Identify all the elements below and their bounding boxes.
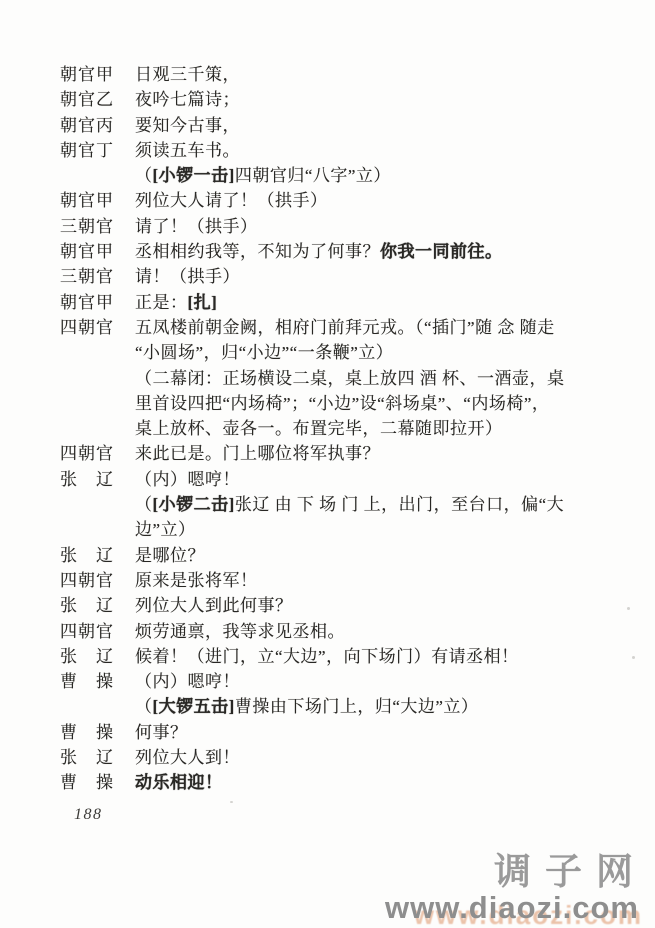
dialogue-text: 何事？ [135, 720, 188, 745]
speaker-label: 朝官乙 [60, 87, 135, 112]
watermark-site-name: 调子网 [385, 852, 647, 892]
speaker-label [60, 694, 135, 719]
script-line: 四朝官五凤楼前朝金阙，相府门前拜元戎。（“插门”随 念 随走 [60, 315, 616, 340]
scan-speck [230, 801, 233, 803]
dialogue-text: 请了！（拱手） [135, 214, 258, 239]
script-line: 张 辽（内）嗯哼！ [60, 467, 616, 492]
script-line: 三朝官请！（拱手） [60, 264, 616, 289]
scan-speck [64, 100, 68, 104]
speaker-label: 朝官甲 [60, 62, 135, 87]
speaker-label [60, 492, 135, 517]
dialogue-text: （内）嗯哼！ [135, 467, 240, 492]
speaker-label [60, 163, 135, 188]
dialogue-text: 五凤楼前朝金阙，相府门前拜元戎。（“插门”随 念 随走 [135, 315, 555, 340]
script-line: 张 辽列位大人到！ [60, 745, 616, 770]
script-line: 三朝官请了！（拱手） [60, 214, 616, 239]
dialogue-text: 须读五车书。 [135, 138, 240, 163]
speaker-label: 四朝官 [60, 568, 135, 593]
dialogue-text: 桌上放杯、壶各一。布置完毕，二幕随即拉开） [135, 416, 503, 441]
speaker-label [60, 517, 135, 542]
script-line: 张 辽列位大人到此何事？ [60, 593, 616, 618]
dialogue-text: 来此已是。门上哪位将军执事？ [135, 441, 380, 466]
script-line: （二幕闭：正场横设二桌，桌上放四 酒 杯、一酒壶，桌 [60, 366, 616, 391]
script-line: 朝官甲正是：[扎] [60, 290, 616, 315]
script-line: 四朝官原来是张将军！ [60, 568, 616, 593]
speaker-label: 曹 操 [60, 669, 135, 694]
speaker-label: 张 辽 [60, 467, 135, 492]
dialogue-text: “小圆场”，归“小边”“一条鞭”立） [135, 340, 393, 365]
book-page: 朝官甲日观三千策，朝官乙夜吟七篇诗；朝官丙要知今古事，朝官丁须读五车书。（[小锣… [0, 0, 655, 928]
speaker-label: 张 辽 [60, 644, 135, 669]
speaker-label: 张 辽 [60, 745, 135, 770]
script-line: 里首设四把“内场椅”；“小边”设“斜场桌”、“内场椅”， [60, 391, 616, 416]
dialogue-text: 边”立） [135, 517, 196, 542]
script-line: 朝官甲列位大人请了！（拱手） [60, 188, 616, 213]
script-line: （[小锣一击]四朝官归“八字”立） [60, 163, 616, 188]
dialogue-text: 是哪位？ [135, 543, 205, 568]
speaker-label: 曹 操 [60, 720, 135, 745]
script-line: 朝官甲日观三千策， [60, 62, 616, 87]
script-line: 曹 操（内）嗯哼！ [60, 669, 616, 694]
speaker-label: 曹 操 [60, 770, 135, 795]
speaker-label [60, 391, 135, 416]
script-line: 曹 操动乐相迎！ [60, 770, 616, 795]
script-line: “小圆场”，归“小边”“一条鞭”立） [60, 340, 616, 365]
speaker-label: 朝官丙 [60, 113, 135, 138]
dialogue-text: 列位大人请了！（拱手） [135, 188, 328, 213]
dialogue-text: 日观三千策， [135, 62, 240, 87]
speaker-label [60, 340, 135, 365]
scan-speck [627, 607, 630, 610]
speaker-label: 四朝官 [60, 315, 135, 340]
script-line: （[小锣二击]张辽 由 下 场 门 上，出门，至台口，偏“大 [60, 492, 616, 517]
speaker-label: 张 辽 [60, 593, 135, 618]
dialogue-text: 丞相相约我等，不知为了何事？你我一同前往。 [135, 239, 503, 264]
script-line: 朝官丙要知今古事， [60, 113, 616, 138]
dialogue-text: 里首设四把“内场椅”；“小边”设“斜场桌”、“内场椅”， [135, 391, 549, 416]
speaker-label: 朝官甲 [60, 290, 135, 315]
script-line: 边”立） [60, 517, 616, 542]
script-line: 四朝官来此已是。门上哪位将军执事？ [60, 441, 616, 466]
page-number: 188 [74, 806, 103, 824]
speaker-label [60, 416, 135, 441]
script-line: （[大锣五击]曹操由下场门上，归“大边”立） [60, 694, 616, 719]
speaker-label: 张 辽 [60, 543, 135, 568]
watermark: 调子网 www.diaozi.com www.diaozi.com [385, 852, 639, 924]
speaker-label: 朝官甲 [60, 188, 135, 213]
dialogue-text: 请！（拱手） [135, 264, 240, 289]
dialogue-text: （二幕闭：正场横设二桌，桌上放四 酒 杯、一酒壶，桌 [135, 366, 565, 391]
script-line: 朝官乙夜吟七篇诗； [60, 87, 616, 112]
watermark-url-wrap: www.diaozi.com www.diaozi.com [385, 892, 639, 924]
dialogue-text: （[大锣五击]曹操由下场门上，归“大边”立） [135, 694, 478, 719]
dialogue-text: 候着！（进门，立“大边”，向下场门）有请丞相！ [135, 644, 519, 669]
script-line: 张 辽是哪位？ [60, 543, 616, 568]
dialogue-text: 烦劳通禀，我等求见丞相。 [135, 619, 345, 644]
watermark-site-url: www.diaozi.com [385, 892, 639, 924]
dialogue-text: 原来是张将军！ [135, 568, 258, 593]
dialogue-text: （[小锣二击]张辽 由 下 场 门 上，出门，至台口，偏“大 [135, 492, 564, 517]
dialogue-text: 列位大人到！ [135, 745, 240, 770]
dialogue-text: 动乐相迎！ [135, 770, 223, 795]
script-line: 曹 操何事？ [60, 720, 616, 745]
script-line: 朝官丁须读五车书。 [60, 138, 616, 163]
speaker-label: 朝官丁 [60, 138, 135, 163]
script-text-block: 朝官甲日观三千策，朝官乙夜吟七篇诗；朝官丙要知今古事，朝官丁须读五车书。（[小锣… [60, 62, 616, 796]
speaker-label [60, 366, 135, 391]
speaker-label: 四朝官 [60, 619, 135, 644]
dialogue-text: （[小锣一击]四朝官归“八字”立） [135, 163, 391, 188]
speaker-label: 朝官甲 [60, 239, 135, 264]
script-line: 四朝官烦劳通禀，我等求见丞相。 [60, 619, 616, 644]
dialogue-text: 正是：[扎] [135, 290, 217, 315]
script-line: 朝官甲丞相相约我等，不知为了何事？你我一同前往。 [60, 239, 616, 264]
dialogue-text: 列位大人到此何事？ [135, 593, 293, 618]
speaker-label: 三朝官 [60, 264, 135, 289]
dialogue-text: （内）嗯哼！ [135, 669, 240, 694]
script-line: 张 辽候着！（进门，立“大边”，向下场门）有请丞相！ [60, 644, 616, 669]
speaker-label: 三朝官 [60, 214, 135, 239]
dialogue-text: 要知今古事， [135, 113, 240, 138]
dialogue-text: 夜吟七篇诗； [135, 87, 240, 112]
speaker-label: 四朝官 [60, 441, 135, 466]
scan-speck [632, 656, 635, 659]
script-line: 桌上放杯、壶各一。布置完毕，二幕随即拉开） [60, 416, 616, 441]
